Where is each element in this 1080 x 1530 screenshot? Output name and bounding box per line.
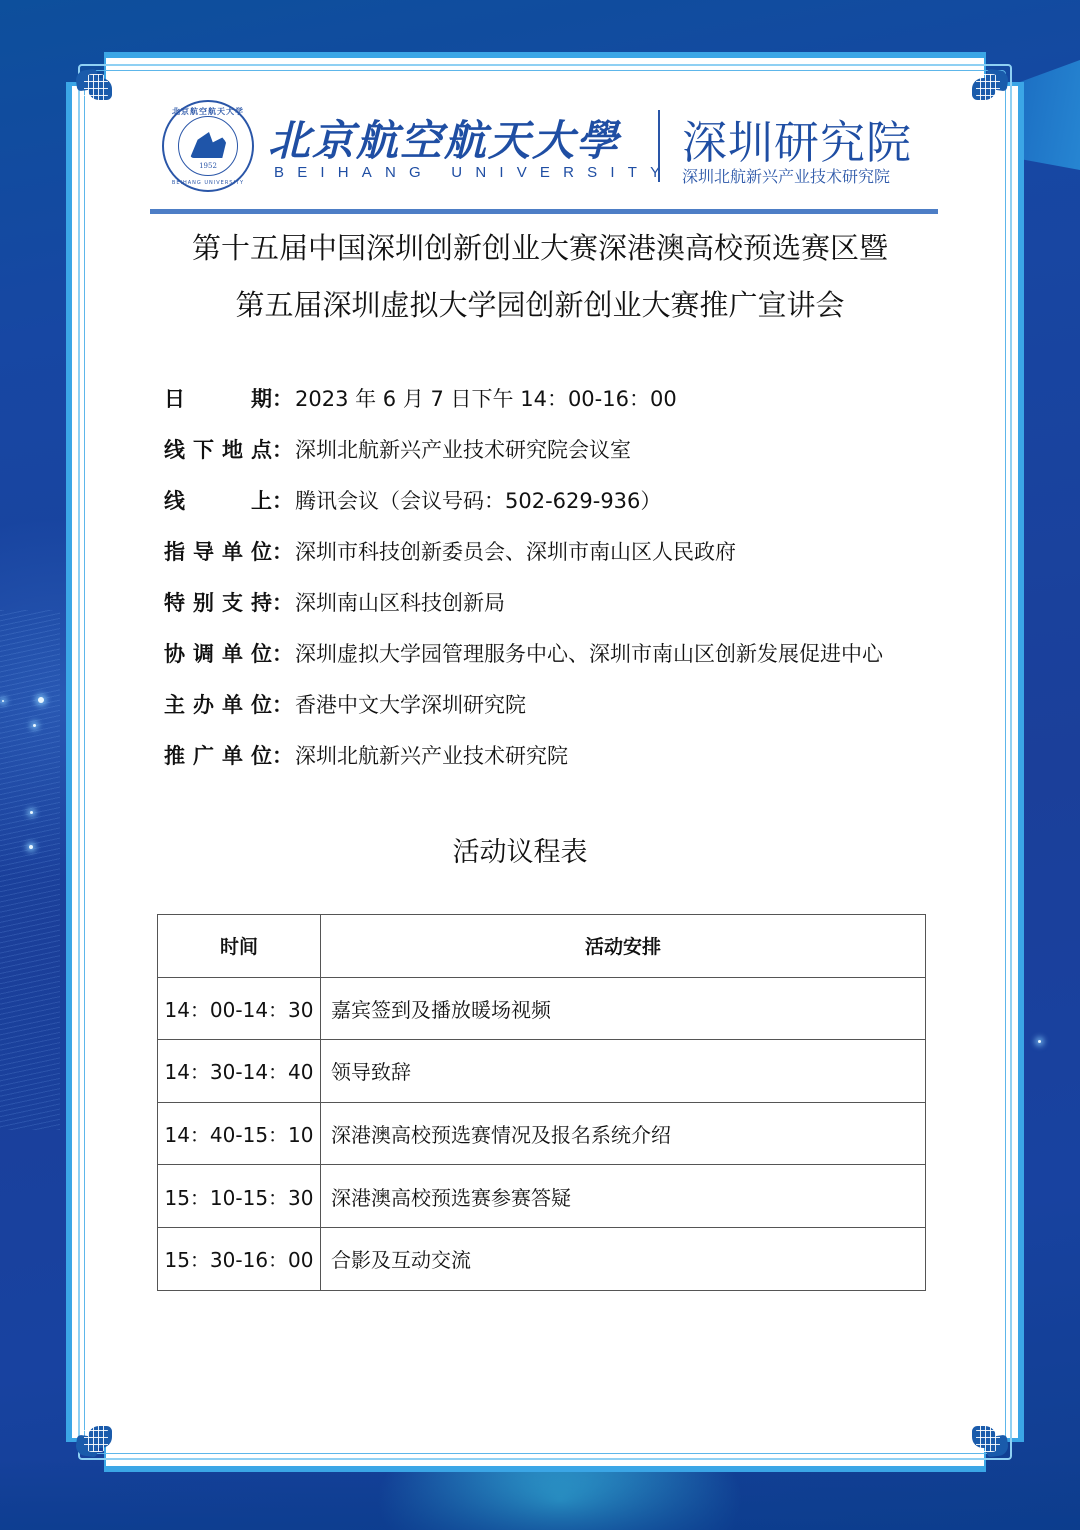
column-header-activity: 活动安排 <box>321 915 926 978</box>
agenda-activity: 深港澳高校预选赛参赛答疑 <box>321 1165 926 1228</box>
info-label: 日期 <box>164 383 272 413</box>
agenda-time: 14：00-14：30 <box>158 977 321 1040</box>
info-value: 腾讯会议（会议号码：502-629-936） <box>295 485 661 515</box>
university-name-en: BEIHANG UNIVERSITY <box>274 164 673 181</box>
star-sparkle <box>1038 1040 1041 1043</box>
info-label: 推广单位 <box>164 740 272 770</box>
info-label-char: 地 <box>222 434 243 464</box>
logo-divider <box>658 110 660 182</box>
info-label-char: 单 <box>222 740 243 770</box>
agenda-activity: 嘉宾签到及播放暖场视频 <box>321 977 926 1040</box>
agenda-activity: 深港澳高校预选赛情况及报名系统介绍 <box>321 1102 926 1165</box>
info-label: 指导单位 <box>164 536 272 566</box>
info-label: 协调单位 <box>164 638 272 668</box>
info-label-char: 期 <box>251 383 272 413</box>
university-name-cn: 北京航空航天大學 <box>268 108 620 168</box>
star-sparkle <box>38 697 44 703</box>
info-label-char: 单 <box>222 536 243 566</box>
info-row: 日期：2023 年 6 月 7 日下午 14：00-16：00 <box>164 372 924 423</box>
info-label-char: 位 <box>251 638 272 668</box>
info-colon: ： <box>272 383 293 413</box>
info-label-char: 点 <box>251 434 272 464</box>
info-row: 特别支持：深圳南山区科技创新局 <box>164 576 924 627</box>
star-sparkle <box>30 811 33 814</box>
event-title-line1: 第十五届中国深圳创新创业大赛深港澳高校预选赛区暨 <box>150 226 930 267</box>
info-label: 线上 <box>164 485 272 515</box>
university-seal-icon: 北京航空航天大学 1952 BEIHANG UNIVERSITY <box>162 100 254 192</box>
agenda-time: 14：30-14：40 <box>158 1040 321 1103</box>
info-label-char: 推 <box>164 740 185 770</box>
info-label-char: 日 <box>164 383 185 413</box>
corner-ornament-icon <box>74 68 114 106</box>
star-sparkle <box>33 724 36 727</box>
agenda-time: 15：30-16：00 <box>158 1227 321 1290</box>
info-label-char: 支 <box>222 587 243 617</box>
info-label-char: 位 <box>251 740 272 770</box>
info-label-char: 线 <box>164 434 185 464</box>
event-info-list: 日期：2023 年 6 月 7 日下午 14：00-16：00线下地点：深圳北航… <box>164 372 924 780</box>
agenda-activity: 领导致辞 <box>321 1040 926 1103</box>
info-label-char: 上 <box>251 485 272 515</box>
info-value: 深圳北航新兴产业技术研究院 <box>295 740 568 770</box>
info-label-char: 调 <box>193 638 214 668</box>
corner-ornament-icon <box>970 1420 1010 1458</box>
info-row: 协调单位：深圳虚拟大学园管理服务中心、深圳市南山区创新发展促进中心 <box>164 627 924 678</box>
agenda-activity: 合影及互动交流 <box>321 1227 926 1290</box>
info-row: 主办单位：香港中文大学深圳研究院 <box>164 678 924 729</box>
info-label-char: 单 <box>222 689 243 719</box>
info-label-char: 主 <box>164 689 185 719</box>
institute-subtitle: 深圳北航新兴产业技术研究院 <box>682 164 890 187</box>
info-value: 深圳北航新兴产业技术研究院会议室 <box>295 434 631 464</box>
agenda-time: 15：10-15：30 <box>158 1165 321 1228</box>
agenda-row: 14：40-15：10深港澳高校预选赛情况及报名系统介绍 <box>158 1102 926 1165</box>
star-sparkle <box>2 700 4 702</box>
info-colon: ： <box>272 536 293 566</box>
institute-name: 深圳研究院 <box>682 106 912 171</box>
info-label: 线下地点 <box>164 434 272 464</box>
info-label: 特别支持 <box>164 587 272 617</box>
info-value: 香港中文大学深圳研究院 <box>295 689 526 719</box>
corner-ornament-icon <box>970 68 1010 106</box>
info-colon: ： <box>272 485 293 515</box>
info-label-char: 单 <box>222 638 243 668</box>
info-colon: ： <box>272 434 293 464</box>
info-row: 线下地点：深圳北航新兴产业技术研究院会议室 <box>164 423 924 474</box>
agenda-title: 活动议程表 <box>150 830 890 869</box>
info-row: 推广单位：深圳北航新兴产业技术研究院 <box>164 729 924 780</box>
header-logo: 北京航空航天大学 1952 BEIHANG UNIVERSITY 北京航空航天大… <box>158 98 938 194</box>
agenda-row: 15：10-15：30深港澳高校预选赛参赛答疑 <box>158 1165 926 1228</box>
info-row: 指导单位：深圳市科技创新委员会、深圳市南山区人民政府 <box>164 525 924 576</box>
agenda-row: 15：30-16：00合影及互动交流 <box>158 1227 926 1290</box>
event-title-line2: 第五届深圳虚拟大学园创新创业大赛推广宣讲会 <box>150 283 930 324</box>
background-lines <box>0 610 60 1130</box>
info-value: 深圳市科技创新委员会、深圳市南山区人民政府 <box>295 536 736 566</box>
seal-ring-text-en: BEIHANG UNIVERSITY <box>164 180 252 186</box>
header-rule <box>150 209 938 214</box>
seal-year: 1952 <box>164 162 252 170</box>
column-header-time: 时间 <box>158 915 321 978</box>
agenda-time: 14：40-15：10 <box>158 1102 321 1165</box>
info-value: 深圳南山区科技创新局 <box>295 587 505 617</box>
info-label-char: 导 <box>193 536 214 566</box>
info-label: 主办单位 <box>164 689 272 719</box>
agenda-header-row: 时间 活动安排 <box>158 915 926 978</box>
info-label-char: 持 <box>251 587 272 617</box>
info-label-char: 下 <box>193 434 214 464</box>
agenda-row: 14：00-14：30嘉宾签到及播放暖场视频 <box>158 977 926 1040</box>
info-colon: ： <box>272 689 293 719</box>
info-label-char: 线 <box>164 485 185 515</box>
info-row: 线上：腾讯会议（会议号码：502-629-936） <box>164 474 924 525</box>
info-label-char: 协 <box>164 638 185 668</box>
corner-ornament-icon <box>74 1420 114 1458</box>
info-label-char: 位 <box>251 536 272 566</box>
info-label-char: 特 <box>164 587 185 617</box>
star-sparkle <box>29 845 33 849</box>
info-colon: ： <box>272 740 293 770</box>
info-value: 2023 年 6 月 7 日下午 14：00-16：00 <box>295 383 677 413</box>
info-label-char: 办 <box>193 689 214 719</box>
info-label-char: 别 <box>193 587 214 617</box>
agenda-table: 时间 活动安排 14：00-14：30嘉宾签到及播放暖场视频14：30-14：4… <box>157 914 926 1291</box>
info-label-char: 位 <box>251 689 272 719</box>
agenda-row: 14：30-14：40领导致辞 <box>158 1040 926 1103</box>
info-colon: ： <box>272 587 293 617</box>
info-label-char: 广 <box>193 740 214 770</box>
info-label-char: 指 <box>164 536 185 566</box>
info-colon: ： <box>272 638 293 668</box>
info-value: 深圳虚拟大学园管理服务中心、深圳市南山区创新发展促进中心 <box>295 638 883 668</box>
